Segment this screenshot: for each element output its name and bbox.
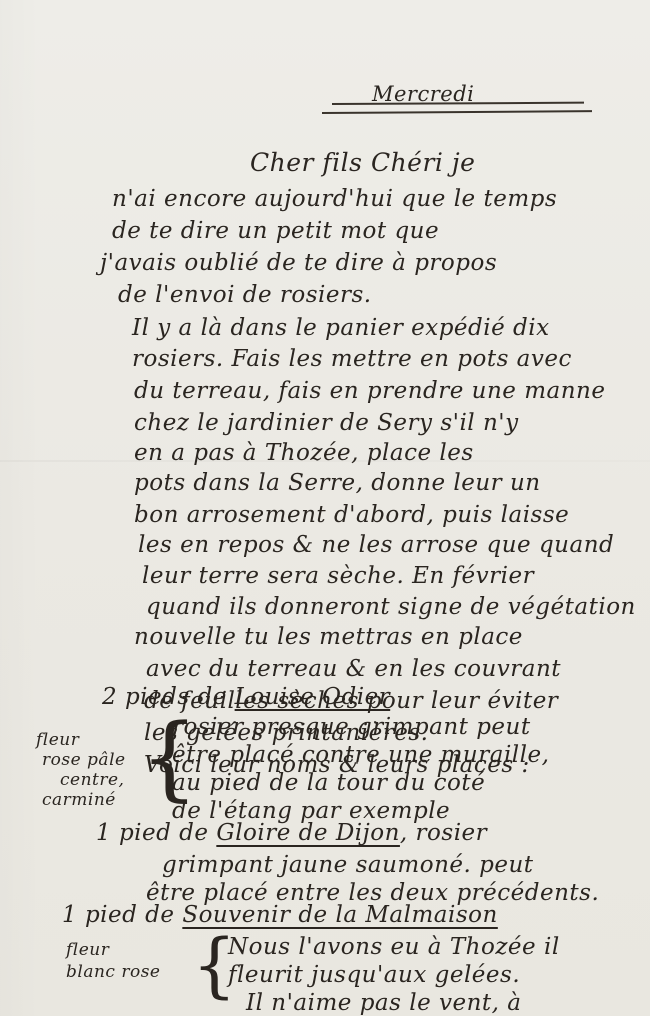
body-line: de te dire un petit mot que — [112, 218, 439, 244]
body-line: avec du terreau & en les couvrant — [146, 656, 561, 682]
description-line: être placé contre une muraille, — [172, 742, 549, 768]
body-line: pots dans la Serre, donne leur un — [134, 470, 541, 496]
entry-quantity: 1 pied de Souvenir de la Malmaison — [62, 902, 498, 928]
body-line: n'ai encore aujourd'hui que le temps — [112, 186, 557, 212]
entry-quantity: 1 pied de Gloire de Dijon, rosier — [96, 820, 487, 846]
letter-page: Mercredi Cher fils Chéri je n'ai encore … — [0, 0, 650, 1016]
body-line: en a pas à Thozée, place les — [134, 440, 474, 466]
body-line: leur terre sera sèche. En février — [142, 563, 534, 589]
description-line: au pied de la tour du coté — [172, 770, 485, 796]
margin-note: fleur — [66, 940, 109, 960]
body-line: nouvelle tu les mettras en place — [134, 624, 523, 650]
margin-note: centre, — [60, 770, 124, 790]
description-line: fleurit jusqu'aux gelées. — [228, 962, 520, 988]
margin-note: carminé — [42, 790, 116, 810]
date-underline-2 — [322, 110, 592, 113]
margin-note: fleur — [36, 730, 79, 750]
salutation: Cher fils Chéri je — [250, 148, 475, 177]
rose-name: Louise Odier — [235, 684, 391, 710]
body-line: chez le jardinier de Sery s'il n'y — [134, 410, 519, 436]
body-line: du terreau, fais en prendre une manne — [134, 378, 605, 404]
margin-note: rose pâle — [42, 750, 126, 770]
description-line: rosier presque grimpant peut — [172, 714, 531, 740]
body-line: Il y a là dans le panier expédié dix — [132, 315, 550, 341]
body-line: bon arrosement d'abord, puis laisse — [134, 502, 569, 528]
body-line: j'avais oublié de te dire à propos — [100, 250, 497, 276]
body-line: de l'envoi de rosiers. — [118, 282, 372, 308]
body-line: quand ils donneront signe de végétation — [146, 594, 636, 620]
margin-note: blanc rose — [66, 962, 160, 982]
description-line: grimpant jaune saumoné. peut — [162, 852, 534, 878]
body-line: rosiers. Fais les mettre en pots avec — [132, 346, 572, 372]
description-line: Il n'aime pas le vent, à — [246, 990, 522, 1016]
description-line: Nous l'avons eu à Thozée il — [228, 934, 560, 960]
rose-name: Gloire de Dijon — [216, 820, 400, 846]
body-line: les en repos & ne les arrose que quand — [138, 532, 614, 558]
